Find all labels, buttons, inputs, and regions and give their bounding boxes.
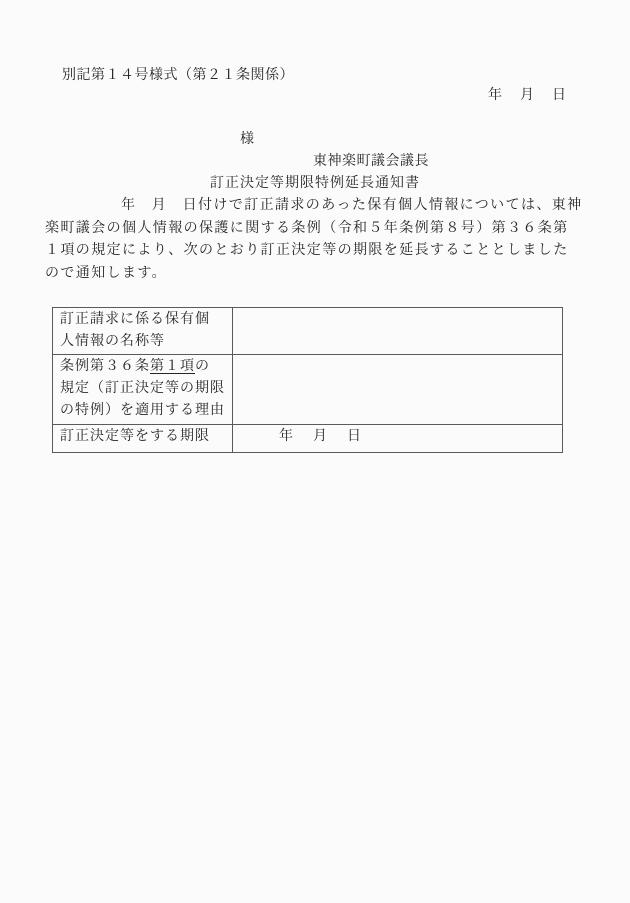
format-label: 別記第１４号様式（第２１条関係）	[62, 69, 294, 83]
table-row: 訂正請求に係る保有個 人情報の名称等	[53, 308, 563, 355]
document-page: 別記第１４号様式（第２１条関係） 年 月 日 様 東神楽町議会議長 訂正決定等期…	[0, 0, 630, 903]
deadline-label-cell: 訂正決定等をする期限	[53, 425, 233, 453]
reason-label-prefix: 条例第３６条	[60, 359, 150, 374]
notice-table: 訂正請求に係る保有個 人情報の名称等 条例第３６条第１項の 規定（訂正決定等の期…	[52, 307, 563, 453]
document-title: 訂正決定等期限特例延長通知書	[0, 177, 630, 191]
reason-value-cell	[233, 355, 563, 425]
body-paragraph: 年 月 日付けで訂正請求のあった保有個人情報については、東神 楽町議会の個人情報…	[45, 195, 585, 285]
table-row: 訂正決定等をする期限 年 月 日	[53, 425, 563, 453]
addressee-honorific: 様	[240, 133, 255, 147]
date-placeholder: 年 月 日	[488, 89, 568, 103]
deadline-value-cell: 年 月 日	[233, 425, 563, 453]
subject-info-value-cell	[233, 308, 563, 355]
table-row: 条例第３６条第１項の 規定（訂正決定等の期限 の特例）を適用する理由	[53, 355, 563, 425]
underlined-clause: 第１項	[150, 359, 195, 374]
subject-info-label-cell: 訂正請求に係る保有個 人情報の名称等	[53, 308, 233, 355]
sender-name: 東神楽町議会議長	[313, 155, 429, 169]
reason-label-cell: 条例第３６条第１項の 規定（訂正決定等の期限 の特例）を適用する理由	[53, 355, 233, 425]
